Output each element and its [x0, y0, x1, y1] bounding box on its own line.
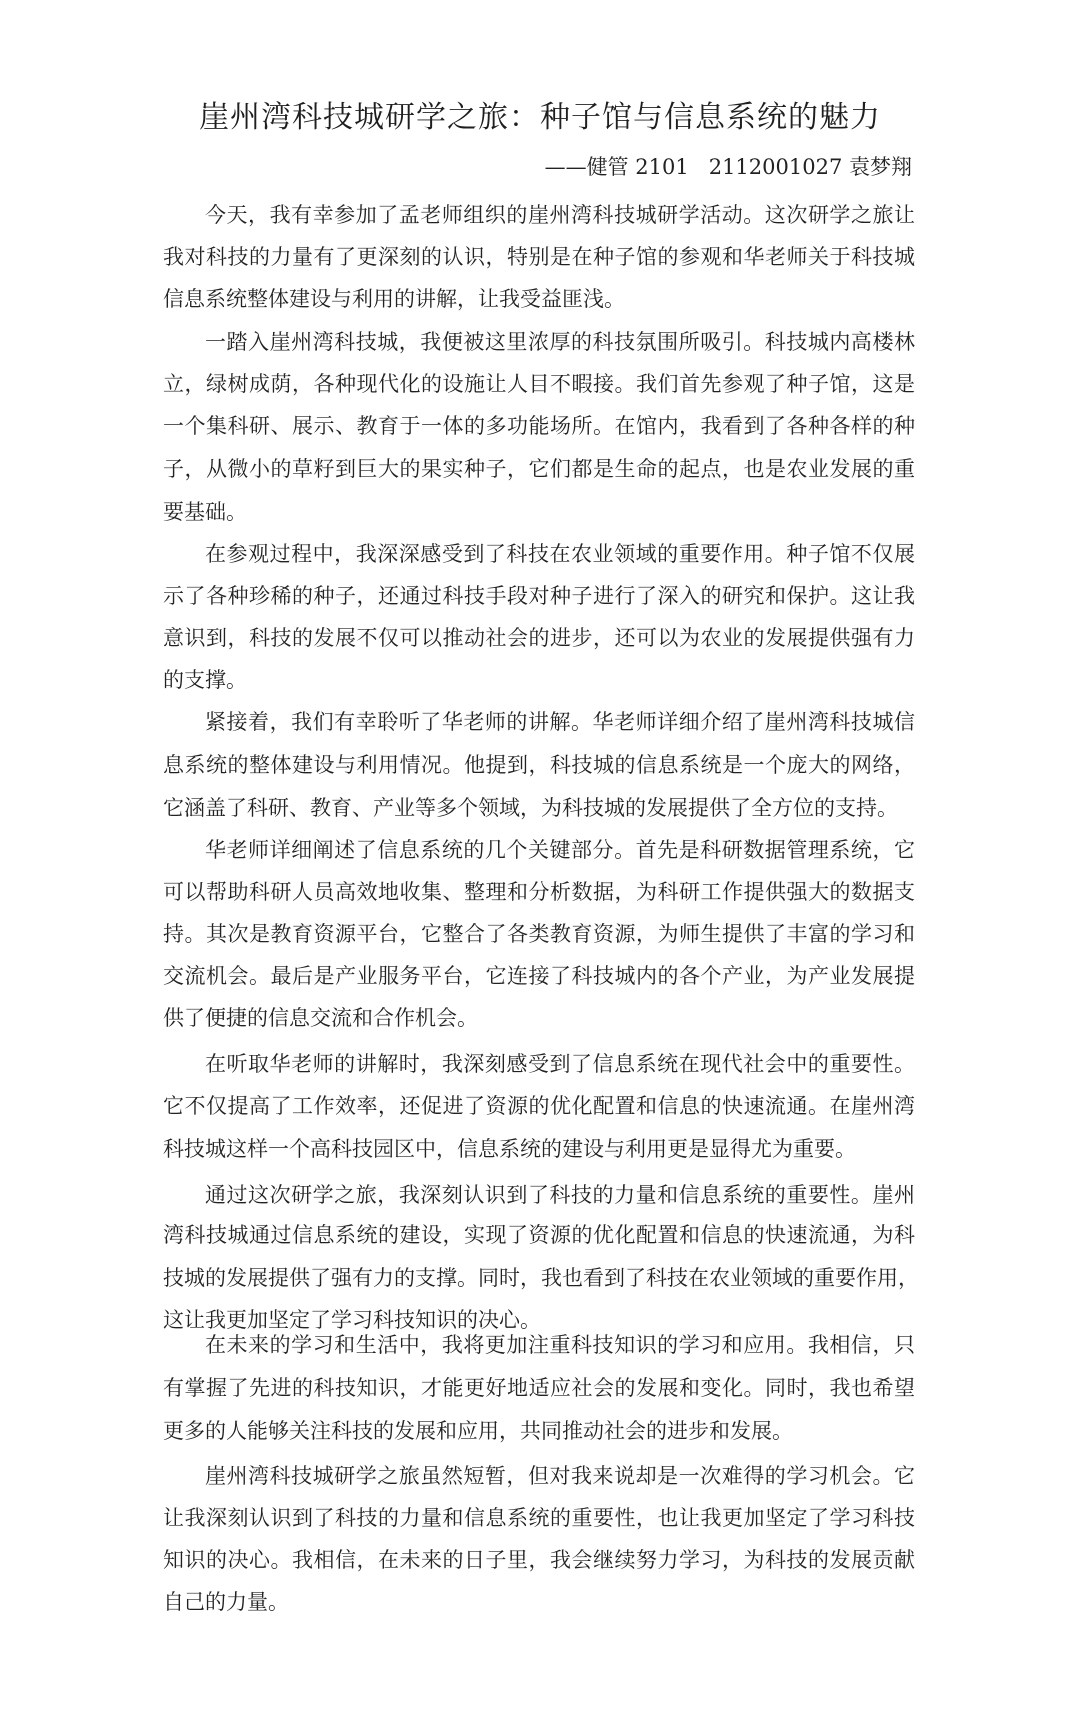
text-line: 崖州湾科技城研学之旅虽然短暂，但对我来说却是一次难得的学习机会。它 — [205, 1461, 915, 1491]
text-line: 在听取华老师的讲解时，我深刻感受到了信息系统在现代社会中的重要性。 — [205, 1049, 915, 1079]
text-line: 紧接着，我们有幸聆听了华老师的讲解。华老师详细介绍了崖州湾科技城信 — [205, 707, 915, 737]
text-line: 立，绿树成荫，各种现代化的设施让人目不暇接。我们首先参观了种子馆，这是 — [163, 369, 915, 399]
text-line: 一个集科研、展示、教育于一体的多功能场所。在馆内，我看到了各种各样的种 — [163, 411, 915, 441]
text-line: 更多的人能够关注科技的发展和应用，共同推动社会的进步和发展。 — [163, 1416, 915, 1446]
author-byline: ——健管 2101 2112001027 袁梦翔 — [545, 150, 912, 184]
text-line: 可以帮助科研人员高效地收集、整理和分析数据，为科研工作提供强大的数据支 — [163, 877, 915, 907]
text-line: 它不仅提高了工作效率，还促进了资源的优化配置和信息的快速流通。在崖州湾 — [163, 1091, 915, 1121]
text-line: 自己的力量。 — [163, 1587, 915, 1617]
text-line: 一踏入崖州湾科技城，我便被这里浓厚的科技氛围所吸引。科技城内高楼林 — [205, 327, 915, 357]
text-line: 技城的发展提供了强有力的支撑。同时，我也看到了科技在农业领域的重要作用， — [163, 1263, 915, 1293]
text-line: 华老师详细阐述了信息系统的几个关键部分。首先是科研数据管理系统，它 — [205, 835, 915, 865]
text-line: 要基础。 — [163, 497, 915, 527]
text-line: 供了便捷的信息交流和合作机会。 — [163, 1003, 915, 1033]
text-line: 息系统的整体建设与利用情况。他提到，科技城的信息系统是一个庞大的网络， — [163, 750, 915, 780]
text-line: 持。其次是教育资源平台，它整合了各类教育资源，为师生提供了丰富的学习和 — [163, 919, 915, 949]
text-line: 信息系统整体建设与利用的讲解，让我受益匪浅。 — [163, 284, 915, 314]
text-line: 我对科技的力量有了更深刻的认识，特别是在种子馆的参观和华老师关于科技城 — [163, 242, 915, 272]
text-line: 在参观过程中，我深深感受到了科技在农业领域的重要作用。种子馆不仅展 — [205, 539, 915, 569]
text-line: 子，从微小的草籽到巨大的果实种子，它们都是生命的起点，也是农业发展的重 — [163, 454, 915, 484]
text-line: 让我深刻认识到了科技的力量和信息系统的重要性，也让我更加坚定了学习科技 — [163, 1503, 915, 1533]
text-line: 在未来的学习和生活中，我将更加注重科技知识的学习和应用。我相信，只 — [205, 1330, 915, 1360]
text-line: 今天，我有幸参加了孟老师组织的崖州湾科技城研学活动。这次研学之旅让 — [205, 200, 915, 230]
text-line: 意识到，科技的发展不仅可以推动社会的进步，还可以为农业的发展提供强有力 — [163, 623, 915, 653]
text-line: 它涵盖了科研、教育、产业等多个领域，为科技城的发展提供了全方位的支持。 — [163, 793, 915, 823]
text-line: 通过这次研学之旅，我深刻认识到了科技的力量和信息系统的重要性。崖州 — [205, 1180, 915, 1210]
text-line: 湾科技城通过信息系统的建设，实现了资源的优化配置和信息的快速流通，为科 — [163, 1220, 915, 1250]
text-line: 知识的决心。我相信，在未来的日子里，我会继续努力学习，为科技的发展贡献 — [163, 1545, 915, 1575]
text-line: 科技城这样一个高科技园区中，信息系统的建设与利用更是显得尤为重要。 — [163, 1134, 915, 1164]
text-line: 交流机会。最后是产业服务平台，它连接了科技城内的各个产业，为产业发展提 — [163, 961, 915, 991]
text-line: 示了各种珍稀的种子，还通过科技手段对种子进行了深入的研究和保护。这让我 — [163, 581, 915, 611]
text-line: 的支撑。 — [163, 665, 915, 695]
text-line: 有掌握了先进的科技知识，才能更好地适应社会的发展和变化。同时，我也希望 — [163, 1373, 915, 1403]
document-title: 崖州湾科技城研学之旅：种子馆与信息系统的魅力 — [0, 98, 1080, 138]
